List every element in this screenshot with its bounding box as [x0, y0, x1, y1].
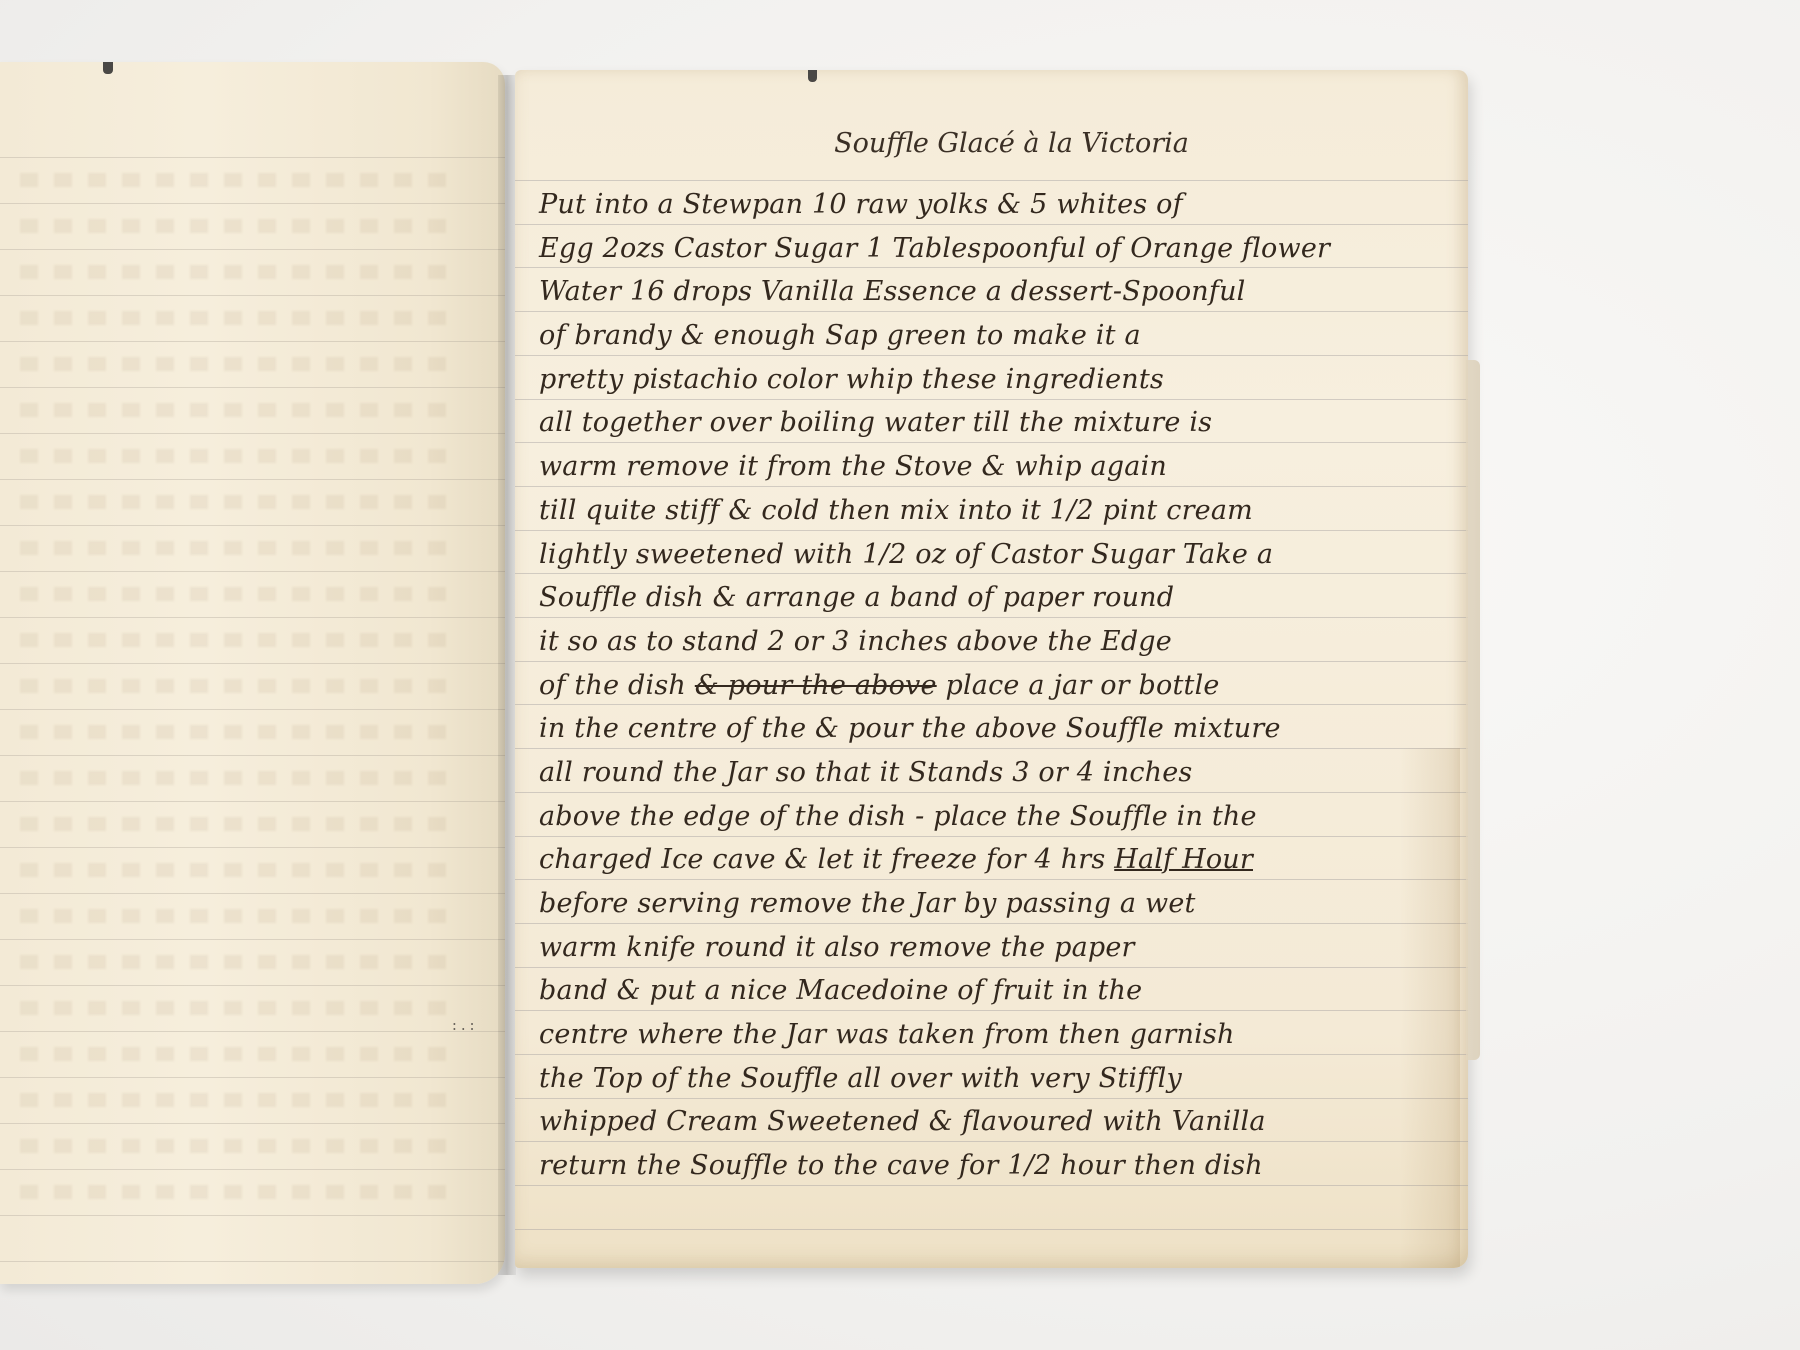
- ruled-line: [0, 1031, 505, 1032]
- ruled-line: [0, 1077, 505, 1078]
- ink-show-through: [20, 403, 460, 417]
- page-tab-mark: [103, 62, 113, 74]
- ruled-line: [0, 571, 505, 572]
- ruled-line: [0, 341, 505, 342]
- ruled-line: [0, 1215, 505, 1216]
- ruled-line: [0, 387, 505, 388]
- text-segment: of the dish: [539, 670, 695, 701]
- recipe-line: in the centre of the & pour the above So…: [539, 707, 1449, 751]
- recipe-line: Water 16 drops Vanilla Essence a dessert…: [539, 270, 1449, 314]
- ink-show-through: [20, 1047, 460, 1061]
- page-edge-stain: [1400, 748, 1460, 1268]
- page-tab-mark: [808, 70, 817, 82]
- ink-show-through: [20, 541, 460, 555]
- book-spine: [498, 75, 516, 1275]
- right-page: Souffle Glacé à la Victoria Put into a S…: [515, 70, 1468, 1268]
- left-page: :.:: [0, 62, 505, 1284]
- ruled-line: [0, 985, 505, 986]
- recipe-line: warm remove it from the Stove & whip aga…: [539, 445, 1449, 489]
- ruled-line: [0, 1261, 505, 1262]
- ink-show-through: [20, 1139, 460, 1153]
- ruled-line: [0, 663, 505, 664]
- ink-show-through: [20, 449, 460, 463]
- ink-show-through: [20, 357, 460, 371]
- ink-show-through: [20, 725, 460, 739]
- recipe-line: band & put a nice Macedoine of fruit in …: [539, 969, 1449, 1013]
- ruled-line: [0, 479, 505, 480]
- recipe-line: warm knife round it also remove the pape…: [539, 926, 1449, 970]
- recipe-title: Souffle Glacé à la Victoria: [515, 128, 1468, 159]
- ruled-line: [0, 1123, 505, 1124]
- recipe-line: whipped Cream Sweetened & flavoured with…: [539, 1100, 1449, 1144]
- ruled-line: [0, 249, 505, 250]
- recipe-line: Souffle dish & arrange a band of paper r…: [539, 576, 1449, 620]
- recipe-body: Put into a Stewpan 10 raw yolks & 5 whit…: [539, 183, 1449, 1188]
- ink-show-through: [20, 265, 460, 279]
- ink-show-through: [20, 495, 460, 509]
- recipe-line: return the Souffle to the cave for 1/2 h…: [539, 1144, 1449, 1188]
- ruled-line: [0, 847, 505, 848]
- struck-through-text: & pour the above: [695, 670, 937, 701]
- recipe-line: centre where the Jar was taken from then…: [539, 1013, 1449, 1057]
- ruled-line: [0, 295, 505, 296]
- recipe-line: above the edge of the dish - place the S…: [539, 795, 1449, 839]
- ruled-line: [515, 1229, 1468, 1230]
- ink-show-through: [20, 173, 460, 187]
- ink-show-through: [20, 909, 460, 923]
- recipe-line: Put into a Stewpan 10 raw yolks & 5 whit…: [539, 183, 1449, 227]
- ink-show-through: [20, 679, 460, 693]
- text-segment: charged Ice cave & let it freeze for 4 h…: [539, 844, 1114, 875]
- ink-show-through: [20, 311, 460, 325]
- ink-show-through: [20, 1093, 460, 1107]
- underlined-text: Half Hour: [1114, 844, 1253, 875]
- ink-show-through: [20, 219, 460, 233]
- ink-show-through: [20, 863, 460, 877]
- ruled-line: [515, 180, 1468, 181]
- recipe-line: before serving remove the Jar by passing…: [539, 882, 1449, 926]
- recipe-line: of brandy & enough Sap green to make it …: [539, 314, 1449, 358]
- recipe-line: all together over boiling water till the…: [539, 401, 1449, 445]
- ruled-line: [0, 1169, 505, 1170]
- ruled-line: [0, 939, 505, 940]
- left-margin-mark: :.:: [451, 1019, 477, 1034]
- recipe-line: till quite stiff & cold then mix into it…: [539, 489, 1449, 533]
- ink-show-through: [20, 1001, 460, 1015]
- recipe-line: the Top of the Souffle all over with ver…: [539, 1057, 1449, 1101]
- ink-show-through: [20, 817, 460, 831]
- recipe-line: pretty pistachio color whip these ingred…: [539, 358, 1449, 402]
- ruled-line: [0, 755, 505, 756]
- ruled-line: [0, 525, 505, 526]
- text-segment: place a jar or bottle: [937, 670, 1220, 701]
- ruled-line: [0, 433, 505, 434]
- ruled-line: [0, 157, 505, 158]
- ruled-line: [0, 617, 505, 618]
- ink-show-through: [20, 1185, 460, 1199]
- ruled-line: [0, 801, 505, 802]
- recipe-line: of the dish & pour the above place a jar…: [539, 664, 1449, 708]
- recipe-line: Egg 2ozs Castor Sugar 1 Tablespoonful of…: [539, 227, 1449, 271]
- ink-show-through: [20, 771, 460, 785]
- ruled-line: [0, 893, 505, 894]
- ink-show-through: [20, 955, 460, 969]
- recipe-line: charged Ice cave & let it freeze for 4 h…: [539, 838, 1449, 882]
- ink-show-through: [20, 587, 460, 601]
- recipe-line: all round the Jar so that it Stands 3 or…: [539, 751, 1449, 795]
- torn-page-edge: [1466, 360, 1480, 1060]
- ink-show-through: [20, 633, 460, 647]
- ruled-line: [0, 709, 505, 710]
- recipe-line: it so as to stand 2 or 3 inches above th…: [539, 620, 1449, 664]
- ruled-line: [0, 203, 505, 204]
- recipe-line: lightly sweetened with 1/2 oz of Castor …: [539, 533, 1449, 577]
